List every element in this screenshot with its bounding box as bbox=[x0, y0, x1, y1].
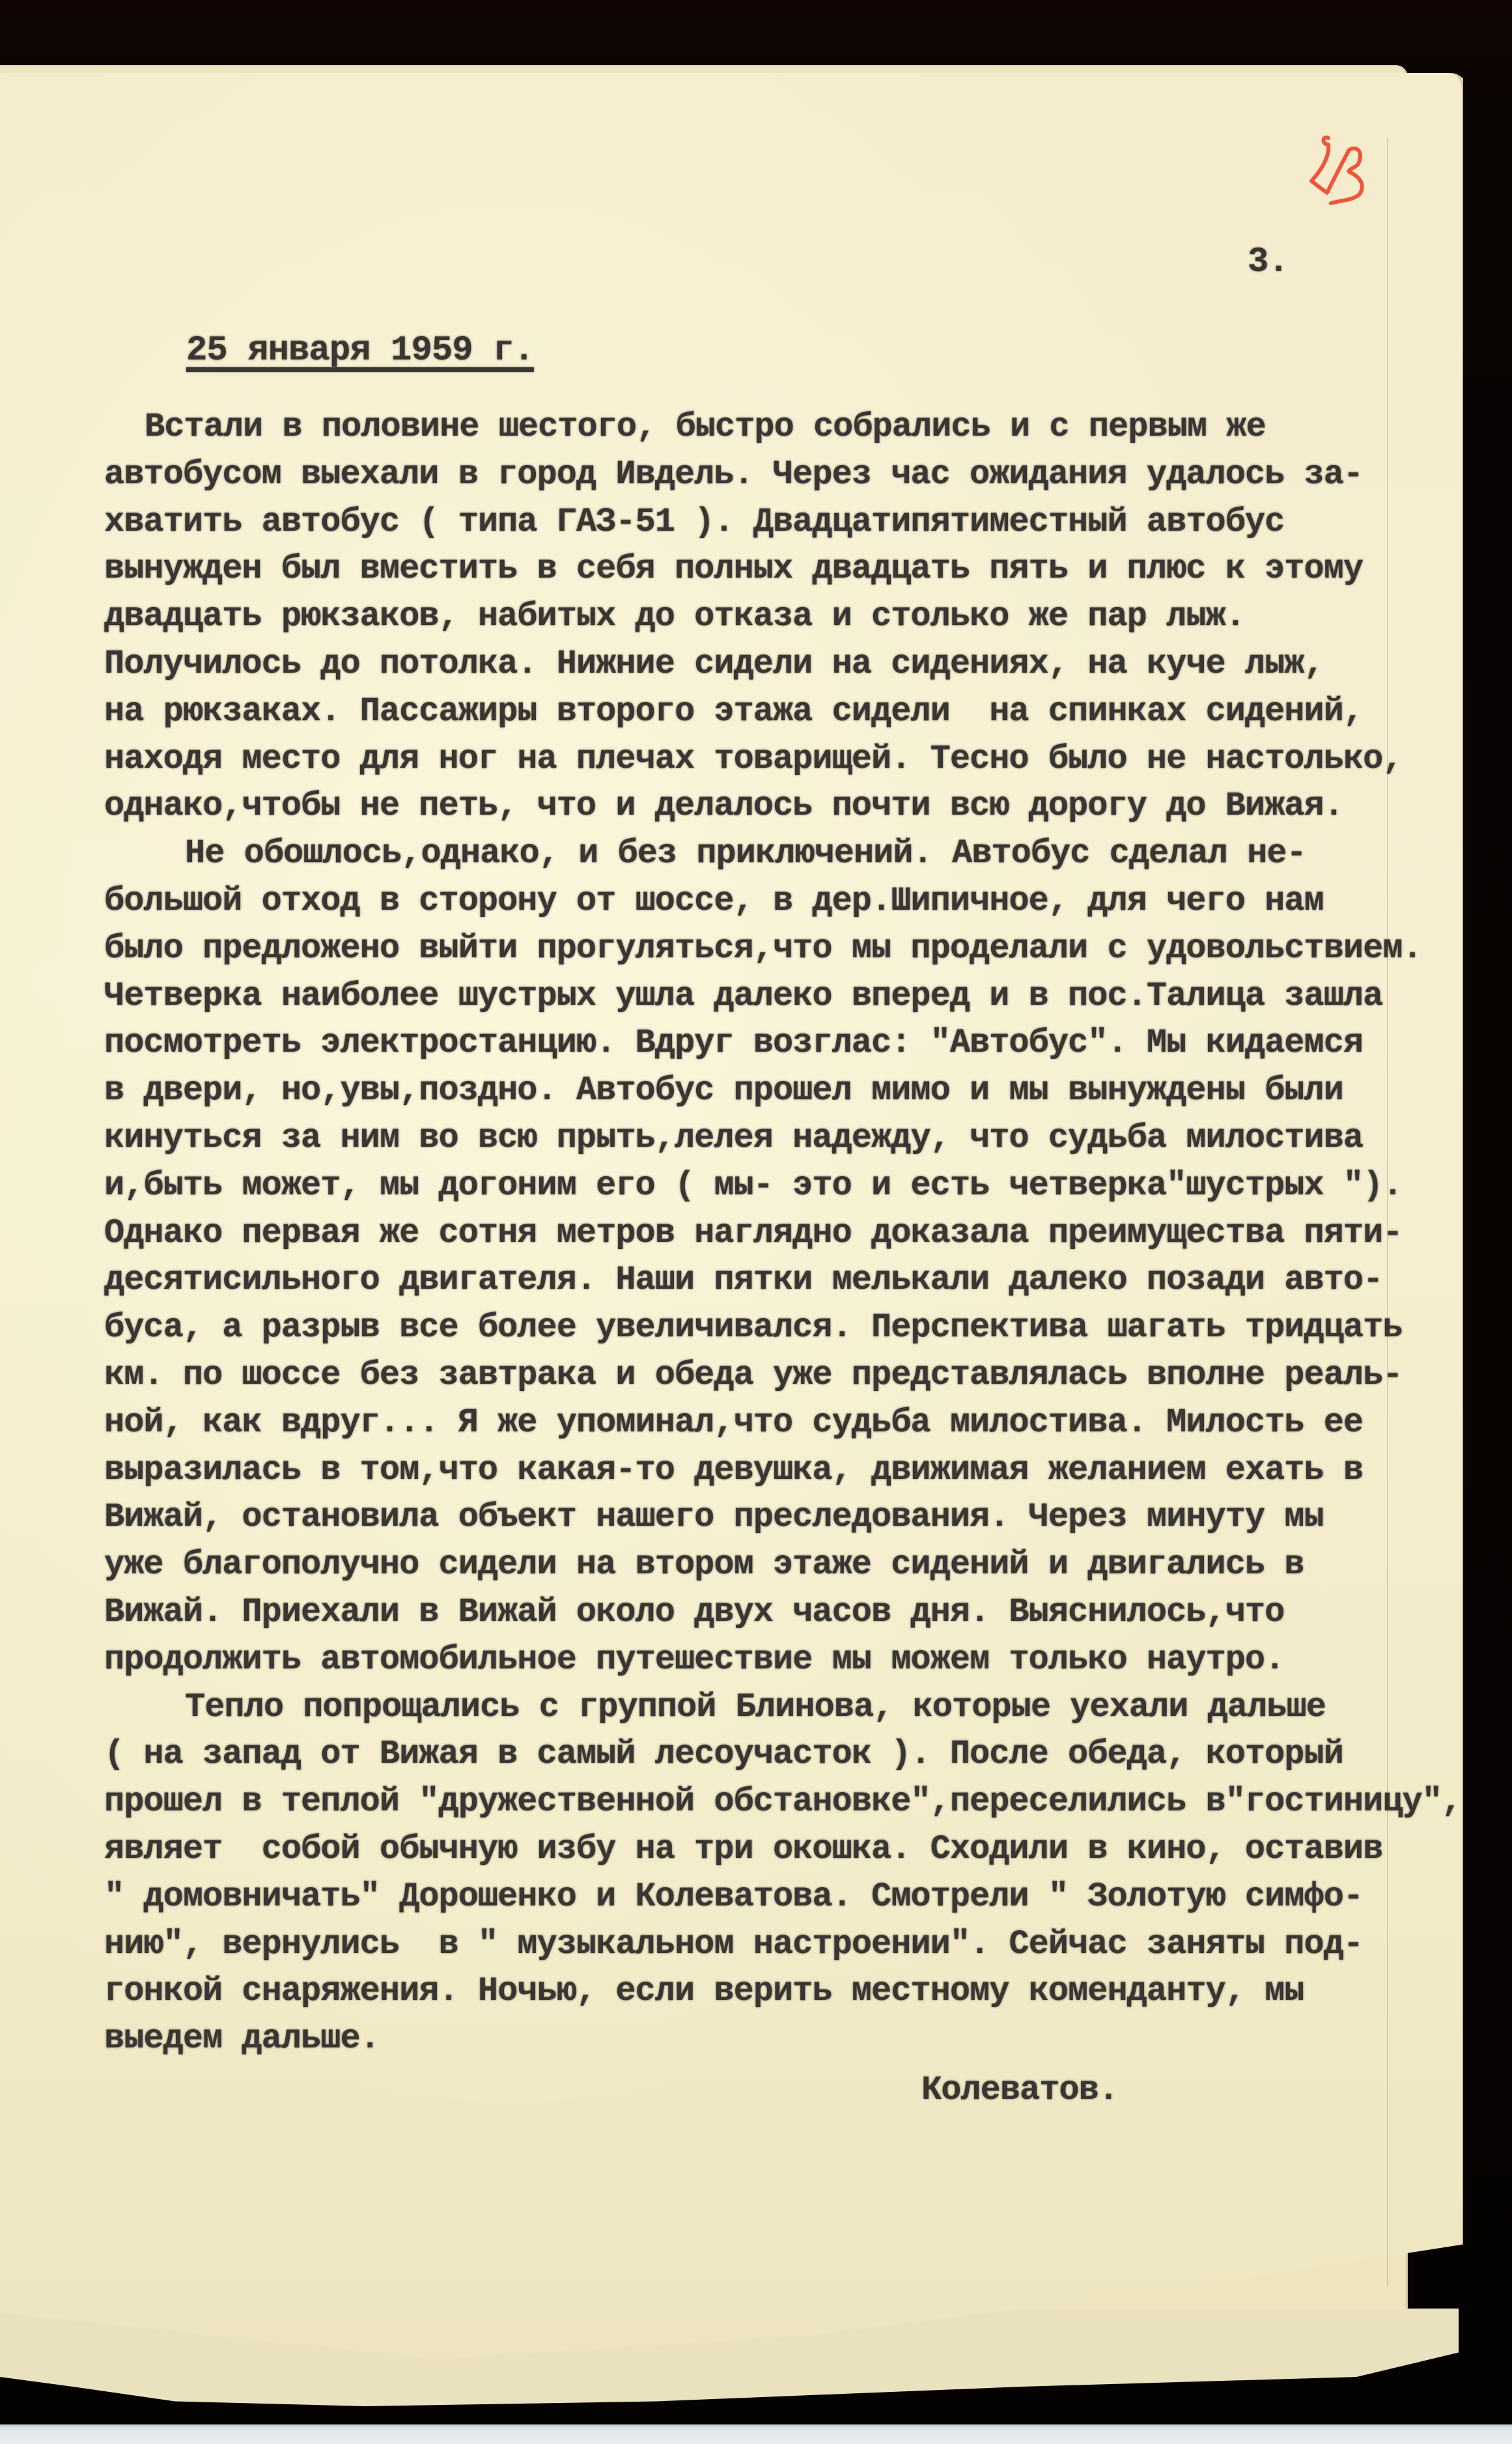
archive-sheet-number-mark: 23 bbox=[1302, 130, 1374, 208]
text-line: выедем дальше. bbox=[104, 2016, 1461, 2063]
text-line: ( на запад от Вижая в самый лесоучасток … bbox=[104, 1731, 1461, 1778]
text-line: км. по шоссе без завтрака и обеда уже пр… bbox=[104, 1352, 1461, 1399]
text-line: десятисильного двигателя. Наши пятки мел… bbox=[104, 1257, 1461, 1304]
text-line: Вижай. Приехали в Вижай около двух часов… bbox=[104, 1589, 1461, 1636]
text-line: посмотреть электростанцию. Вдруг возглас… bbox=[104, 1020, 1461, 1067]
text-line: Не обошлось,однако, и без приключений. А… bbox=[104, 830, 1461, 878]
text-line: Встали в половине шестого, быстро собрал… bbox=[104, 404, 1461, 451]
text-line: являет собой обычную избу на три окошка.… bbox=[104, 1826, 1461, 1874]
text-line: ной, как вдруг... Я же упоминал,что судь… bbox=[104, 1399, 1461, 1447]
signature: Колеватов. bbox=[921, 2071, 1118, 2109]
text-line: Тепло попрощались с группой Блинова, кот… bbox=[104, 1684, 1461, 1732]
text-line: находя место для ног на плечах товарищей… bbox=[104, 736, 1461, 783]
text-line: на рюкзаках. Пассажиры второго этажа сид… bbox=[104, 688, 1461, 736]
text-line: было предложено выйти прогуляться,что мы… bbox=[104, 925, 1461, 973]
date-heading: 25 января 1959 г. bbox=[186, 331, 534, 371]
text-line: гонкой снаряжения. Ночью, если верить ме… bbox=[104, 1968, 1461, 2016]
text-line: уже благополучно сидели на втором этаже … bbox=[104, 1541, 1461, 1589]
text-line: хватить автобус ( типа ГАЗ-51 ). Двадцат… bbox=[104, 499, 1461, 546]
text-line: нию", вернулись в " музыкальном настроен… bbox=[104, 1921, 1461, 1969]
text-line: кинуться за ним во всю прыть,лелея надеж… bbox=[104, 1115, 1461, 1162]
text-line: автобусом выехали в город Ивдель. Через … bbox=[104, 451, 1461, 499]
text-line: " домовничать" Дорошенко и Колеватова. С… bbox=[104, 1874, 1461, 1921]
text-line: большой отход в сторону от шоссе, в дер.… bbox=[104, 878, 1461, 925]
text-line: Однако первая же сотня метров наглядно д… bbox=[104, 1210, 1461, 1257]
text-line: Четверка наиболее шустрых ушла далеко вп… bbox=[104, 973, 1461, 1020]
text-line: вынужден был вместить в себя полных двад… bbox=[104, 546, 1461, 593]
text-line: Вижай, остановила объект нашего преследо… bbox=[104, 1494, 1461, 1541]
scanner-table-edge bbox=[0, 2424, 1512, 2444]
text-line: продолжить автомобильное путешествие мы … bbox=[104, 1636, 1461, 1684]
text-line: прошел в теплой "дружественной обстановк… bbox=[104, 1778, 1461, 1826]
text-line: буса, а разрыв все более увеличивался. П… bbox=[104, 1304, 1461, 1352]
text-line: двадцать рюкзаков, набитых до отказа и с… bbox=[104, 593, 1461, 641]
text-line: выразилась в том,что какая-то девушка, д… bbox=[104, 1447, 1461, 1495]
document-body: Встали в половине шестого, быстро собрал… bbox=[104, 404, 1461, 2063]
text-line: однако,чтобы не петь, что и делалось поч… bbox=[104, 783, 1461, 830]
page-number: 3. bbox=[1248, 242, 1289, 282]
text-line: Получилось до потолка. Нижние сидели на … bbox=[104, 641, 1461, 688]
text-line: в двери, но,увы,поздно. Автобус прошел м… bbox=[104, 1067, 1461, 1115]
text-line: и,быть может, мы догоним его ( мы- это и… bbox=[104, 1162, 1461, 1210]
